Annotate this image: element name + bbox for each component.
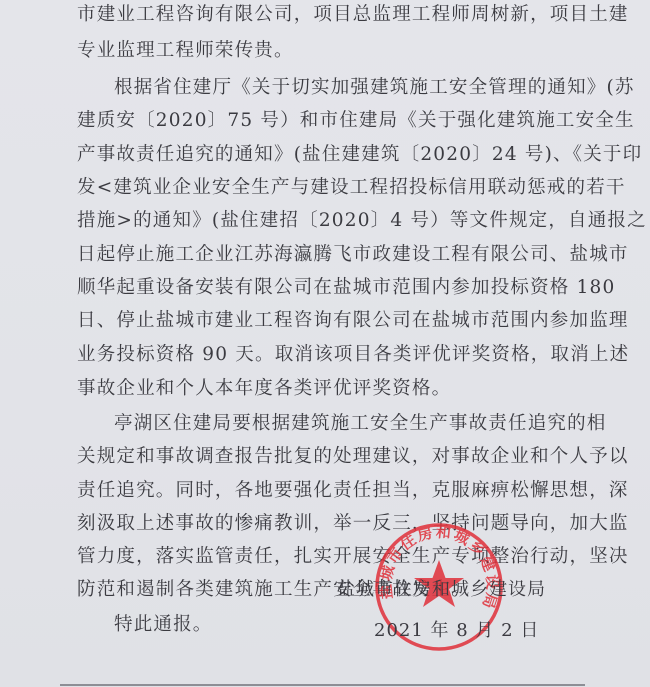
document-line: 产事故责任追究的通知》(盐住建建筑〔2020〕24 号)、《关于印 [77,144,577,166]
page-bottom-divider [60,684,585,686]
document-line: 责任追究。同时，各地要强化责任担当，克服麻痹松懈思想，深 [77,480,577,502]
document-page: 市建业工程咨询有限公司，项目总监理工程师周树新，项目土建专业监理工程师荣传贵。根… [0,0,650,687]
document-line: 顺华起重设备安装有限公司在盐城市范围内参加投标资格 180 [77,277,577,299]
document-line: 专业监理工程师荣传贵。 [77,40,577,62]
document-line: 发<建筑业企业安全生产与建设工程招投标信用联动惩戒的若干 [77,177,577,199]
signature-organization: 盐城市住房和城乡建设局 [337,579,546,601]
document-line: 亭湖区住建局要根据建筑施工安全生产事故责任追究的相 [77,413,577,435]
document-line: 关规定和事故调查报告批复的处理建议，对事故企业和个人予以 [77,446,577,468]
document-line: 事故企业和个人本年度各类评优评奖资格。 [77,378,577,400]
document-line: 业务投标资格 90 天。取消该项目各类评优评奖资格，取消上述 [77,344,577,366]
document-line: 措施>的通知》(盐住建招〔2020〕4 号）等文件规定，自通报之 [77,210,577,232]
document-line: 市建业工程咨询有限公司，项目总监理工程师周树新，项目土建 [77,4,577,26]
document-line: 日起停止施工企业江苏海瀛腾飞市政建设工程有限公司、盐城市 [77,244,577,266]
document-line: 建质安〔2020〕75 号）和市住建局《关于强化建筑施工安全生 [77,110,577,132]
signature-date: 2021 年 8 月 2 日 [374,620,539,642]
document-line: 根据省住建厅《关于切实加强建筑施工安全管理的通知》(苏 [77,77,577,99]
document-line: 日、停止盐城市建业工程咨询有限公司在盐城市范围内参加监理 [77,310,577,332]
